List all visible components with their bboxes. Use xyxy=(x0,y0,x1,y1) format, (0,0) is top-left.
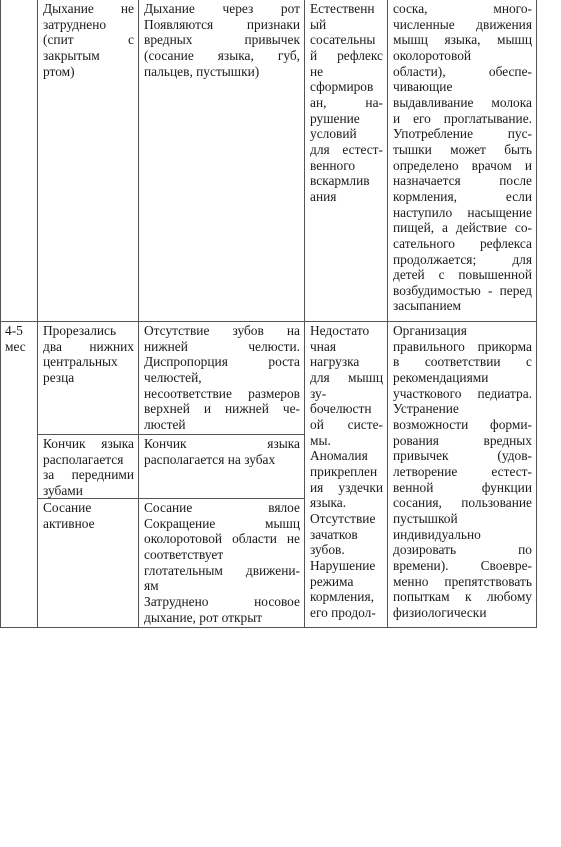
table-col-divider-1 xyxy=(37,0,38,628)
cell-text-line: Недостато xyxy=(310,323,383,339)
cell-text-line: ртом) xyxy=(43,64,134,80)
cell-recommendation-feeding: Организацияправильного прикормав соответ… xyxy=(388,322,536,620)
cell-text-line: чивающие xyxy=(393,79,532,95)
cell-text-line: Аномалия xyxy=(310,448,383,464)
cell-text-line: вскармлив xyxy=(310,173,383,189)
cell-cause-insufficient-load: Недостаточнаянагрузкадля мышцзу-бочелюст… xyxy=(305,322,387,620)
cell-text-line: (спит с xyxy=(43,32,134,48)
cell-text-line: физиологически xyxy=(393,605,532,621)
cell-text-line: затруднено xyxy=(43,17,134,33)
cell-text-line: пищей, а действие со- xyxy=(393,220,532,236)
cell-text-line: верхней и нижней че- xyxy=(144,401,300,417)
cell-text-line: привычек (удов- xyxy=(393,448,532,464)
cell-text-line: соска, много- xyxy=(393,1,532,17)
cell-text-line: Сокращение мышц xyxy=(144,516,300,532)
cell-text-line: засыпанием xyxy=(393,298,532,314)
cell-text-line: дозировать по xyxy=(393,542,532,558)
cell-text-line: Кончик языка xyxy=(144,436,300,452)
cell-text-line: Появляются признаки xyxy=(144,17,300,33)
table-border-right xyxy=(536,0,537,628)
cell-norm-teeth: Прорезалисьдва нижнихцентральныхрезца xyxy=(38,322,138,386)
cell-norm-breathing: Дыхание незатруднено(спит сзакрытымртом) xyxy=(38,0,138,79)
cell-text-line: за передними xyxy=(43,467,134,483)
cell-norm-tongue: Кончик языкарасполагаетсяза переднимизуб… xyxy=(38,435,138,499)
cell-text-line: кормления, xyxy=(310,589,383,605)
cell-text-line: зачатков xyxy=(310,527,383,543)
cell-text-line: сательного рефлекса xyxy=(393,236,532,252)
cell-age-4-5-months: 4-5мес xyxy=(1,322,37,354)
cell-text-line: условий xyxy=(310,126,383,142)
cell-deviation-teeth: Отсутствие зубов нанижней челюсти.Диспро… xyxy=(139,322,304,433)
cell-text-line: соответствует xyxy=(144,547,300,563)
cell-text-line: рекомендациями xyxy=(393,370,532,386)
cell-text-line: ый xyxy=(310,17,383,33)
cell-text-line: назначается после xyxy=(393,173,532,189)
cell-deviation-tongue: Кончик языкарасполагается на зубах xyxy=(139,435,304,467)
cell-text-line: возбудимостью - перед xyxy=(393,283,532,299)
cell-text-line: не xyxy=(310,64,383,80)
cell-text-line: летворение естест- xyxy=(393,464,532,480)
cell-text-line: тышки может быть xyxy=(393,142,532,158)
cell-text-line: Употребление пус- xyxy=(393,126,532,142)
cell-text-line: располагается xyxy=(43,452,134,468)
cell-text-line: зу- xyxy=(310,386,383,402)
cell-text-line: два нижних xyxy=(43,339,134,355)
cell-text-line: люстей xyxy=(144,417,300,433)
cell-text-line: закрытым xyxy=(43,48,134,64)
cell-text-line: численные движения xyxy=(393,17,532,33)
cell-recommendation-pacifier: соска, много-численные движениямышц язык… xyxy=(388,0,536,314)
cell-text-line: возможности форми- xyxy=(393,417,532,433)
cell-text-line: выдавливание молока xyxy=(393,95,532,111)
cell-text-line: ан, на- xyxy=(310,95,383,111)
cell-text-line: Отсутствие xyxy=(310,511,383,527)
cell-text-line: располагается на зубах xyxy=(144,452,300,468)
cell-text-line: активное xyxy=(43,516,134,532)
cell-text-line: его продол- xyxy=(310,605,383,621)
cell-text-line: Отсутствие зубов на xyxy=(144,323,300,339)
cell-text-line: кормления, если xyxy=(393,189,532,205)
cell-text-line: Организация xyxy=(393,323,532,339)
cell-text-line: нагрузка xyxy=(310,354,383,370)
cell-text-line: бочелюстн xyxy=(310,401,383,417)
cell-text-line: времени). Своевре- xyxy=(393,558,532,574)
cell-text-line: нижней челюсти. xyxy=(144,339,300,355)
cell-text-line: индивидуально xyxy=(393,527,532,543)
cell-deviation-sucking: Сосание вялоеСокращение мышцоколоротовой… xyxy=(139,499,304,625)
cell-text-line: продолжается; для xyxy=(393,252,532,268)
cell-text-line: чная xyxy=(310,339,383,355)
cell-text-line: области), обеспе- xyxy=(393,64,532,80)
cell-cause-sucking-reflex: Естественныйсосательный рефлекснесформир… xyxy=(305,0,387,205)
cell-text-line: правильного прикорма xyxy=(393,339,532,355)
cell-text-line: (сосание языка, губ, xyxy=(144,48,300,64)
cell-text-line: рушение xyxy=(310,111,383,127)
cell-text-line: Дыхание не xyxy=(43,1,134,17)
cell-text-line: 4-5 xyxy=(5,323,34,339)
cell-text-line: зубами xyxy=(43,483,134,499)
cell-text-line: менно препятствовать xyxy=(393,574,532,590)
cell-text-line: ания xyxy=(310,189,383,205)
cell-deviation-mouth-breathing: Дыхание через ротПоявляются признакивред… xyxy=(139,0,304,79)
cell-text-line: центральных xyxy=(43,354,134,370)
cell-text-line: мы. xyxy=(310,433,383,449)
cell-text-line: ой систе- xyxy=(310,417,383,433)
cell-text-line: глотательным движени- xyxy=(144,563,300,579)
cell-text-line: венной функции xyxy=(393,480,532,496)
cell-text-line: венного xyxy=(310,158,383,174)
cell-text-line: околоротовой области не xyxy=(144,531,300,547)
cell-text-line: Нарушение xyxy=(310,558,383,574)
cell-text-line: пустышкой xyxy=(393,511,532,527)
cell-text-line: в соответствии с xyxy=(393,354,532,370)
cell-text-line: й рефлекс xyxy=(310,48,383,64)
cell-text-line: участкового педиатра. xyxy=(393,386,532,402)
cell-text-line: пальцев, пустышки) xyxy=(144,64,300,80)
cell-text-line: Диспропорция роста xyxy=(144,354,300,370)
cell-text-line: Затруднено носовое xyxy=(144,594,300,610)
cell-text-line: вредных привычек xyxy=(144,32,300,48)
cell-text-line: ям xyxy=(144,578,300,594)
cell-text-line: ия уздечки xyxy=(310,480,383,496)
cell-text-line: Прорезались xyxy=(43,323,134,339)
cell-text-line: для естест- xyxy=(310,142,383,158)
cell-text-line: детей с повышенной xyxy=(393,267,532,283)
cell-text-line: попыткам к любому xyxy=(393,589,532,605)
document-page: Дыхание незатруднено(спит сзакрытымртом)… xyxy=(0,0,561,847)
cell-text-line: рования вредных xyxy=(393,433,532,449)
cell-text-line: челюстей, xyxy=(144,370,300,386)
cell-text-line: Кончик языка xyxy=(43,436,134,452)
table-border-left xyxy=(0,0,1,628)
cell-text-line: Естественн xyxy=(310,1,383,17)
cell-text-line: Сосание xyxy=(43,500,134,516)
cell-text-line: для мышц xyxy=(310,370,383,386)
cell-text-line: прикреплен xyxy=(310,464,383,480)
cell-text-line: сформиров xyxy=(310,79,383,95)
cell-text-line: несоответствие размеров xyxy=(144,386,300,402)
cell-text-line: и его проглатывание. xyxy=(393,111,532,127)
cell-text-line: околоротовой xyxy=(393,48,532,64)
cell-text-line: сосания, пользование xyxy=(393,495,532,511)
cell-text-line: мес xyxy=(5,339,34,355)
cell-text-line: режима xyxy=(310,574,383,590)
cell-text-line: Устранение xyxy=(393,401,532,417)
cell-text-line: языка. xyxy=(310,495,383,511)
cell-text-line: определено врачом и xyxy=(393,158,532,174)
cell-text-line: дыхание, рот открыт xyxy=(144,610,300,626)
cell-text-line: Сосание вялое xyxy=(144,500,300,516)
cell-text-line: резца xyxy=(43,370,134,386)
cell-text-line: сосательны xyxy=(310,32,383,48)
cell-text-line: наступило насыщение xyxy=(393,205,532,221)
cell-text-line: зубов. xyxy=(310,542,383,558)
cell-text-line: Дыхание через рот xyxy=(144,1,300,17)
cell-norm-sucking: Сосаниеактивное xyxy=(38,499,138,531)
cell-text-line: мышц языка, мышц xyxy=(393,32,532,48)
table-border-bottom xyxy=(0,627,537,628)
